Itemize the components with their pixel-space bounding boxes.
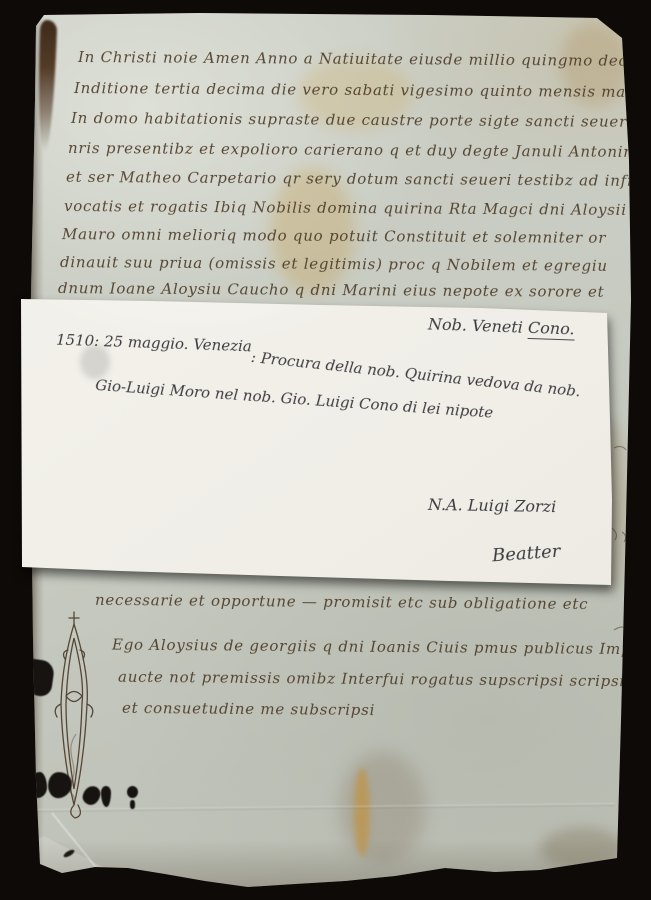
photograph-background: In Christi noie Amen Anno a Natiuitate e… bbox=[0, 0, 651, 900]
slip-header-underlined: Cono. bbox=[528, 318, 575, 341]
slip-header: Nob. Veneti Cono. bbox=[428, 314, 575, 338]
slip-header-prefix: Nob. Veneti bbox=[428, 314, 529, 336]
slip-countersignature: Beatter bbox=[491, 541, 561, 567]
archivist-paper-slip: Nob. Veneti Cono. 1510: 25 maggio. Venez… bbox=[0, 0, 651, 900]
paper-slip-shadow: Nob. Veneti Cono. 1510: 25 maggio. Venez… bbox=[0, 0, 651, 900]
slip-signature: N.A. Luigi Zorzi bbox=[428, 495, 557, 516]
